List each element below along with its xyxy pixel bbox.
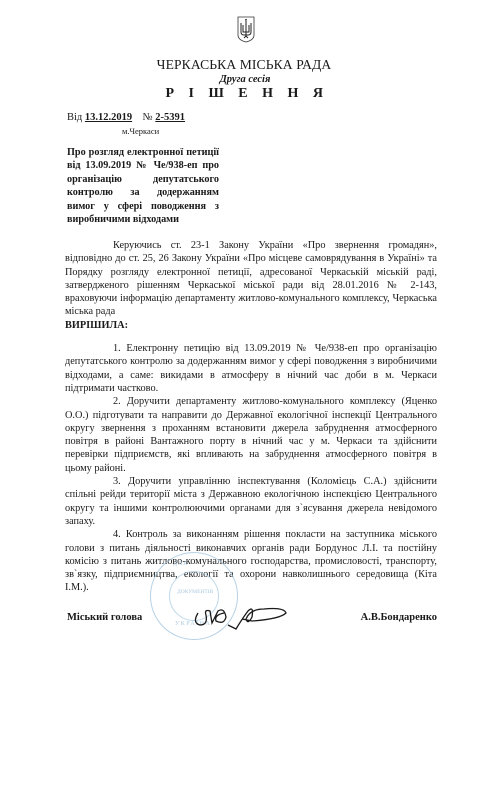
resolution-item-4: 4. Контроль за виконанням рішення поклас… <box>65 528 437 594</box>
resolution-item-3: 3. Доручити управлінню інспектування (Ко… <box>65 475 437 528</box>
stamp-top-text: ДЛЯ <box>173 561 188 567</box>
preamble-paragraph: Керуючись ст. 23-1 Закону України «Про з… <box>65 239 437 319</box>
document-page: ЧЕРКАСЬКА МІСЬКА РАДА Друга сесія Р І Ш … <box>0 0 480 790</box>
resolution-item-1: 1. Електронну петицію від 13.09.2019 № Ч… <box>65 342 437 395</box>
decision-number: 2-5391 <box>155 112 185 123</box>
from-label: Від <box>67 112 82 123</box>
decision-subject: Про розгляд електронної петиції від 13.0… <box>67 146 219 226</box>
resolution-item-2: 2. Доручити департаменту житлово-комунал… <box>65 395 437 475</box>
signature-row: Міський голова А.В.Бондаренко <box>67 612 437 623</box>
council-name: ЧЕРКАСЬКА МІСЬКА РАДА <box>0 57 480 73</box>
signatory-name: А.В.Бондаренко <box>361 612 437 623</box>
signatory-title: Міський голова <box>67 612 142 623</box>
trident-emblem-icon <box>237 16 255 43</box>
dateline: Від 13.12.2019 № 2-5391 <box>67 112 185 123</box>
decision-date: 13.12.2019 <box>85 112 132 123</box>
city-label: м.Черкаси <box>122 126 159 136</box>
document-type-title: Р І Ш Е Н Н Я <box>0 86 480 102</box>
number-label: № <box>143 112 153 123</box>
session-label: Друга сесія <box>0 74 480 85</box>
document-body: Керуючись ст. 23-1 Закону України «Про з… <box>65 239 437 595</box>
resolved-heading: ВИРІШИЛА: <box>65 319 437 332</box>
